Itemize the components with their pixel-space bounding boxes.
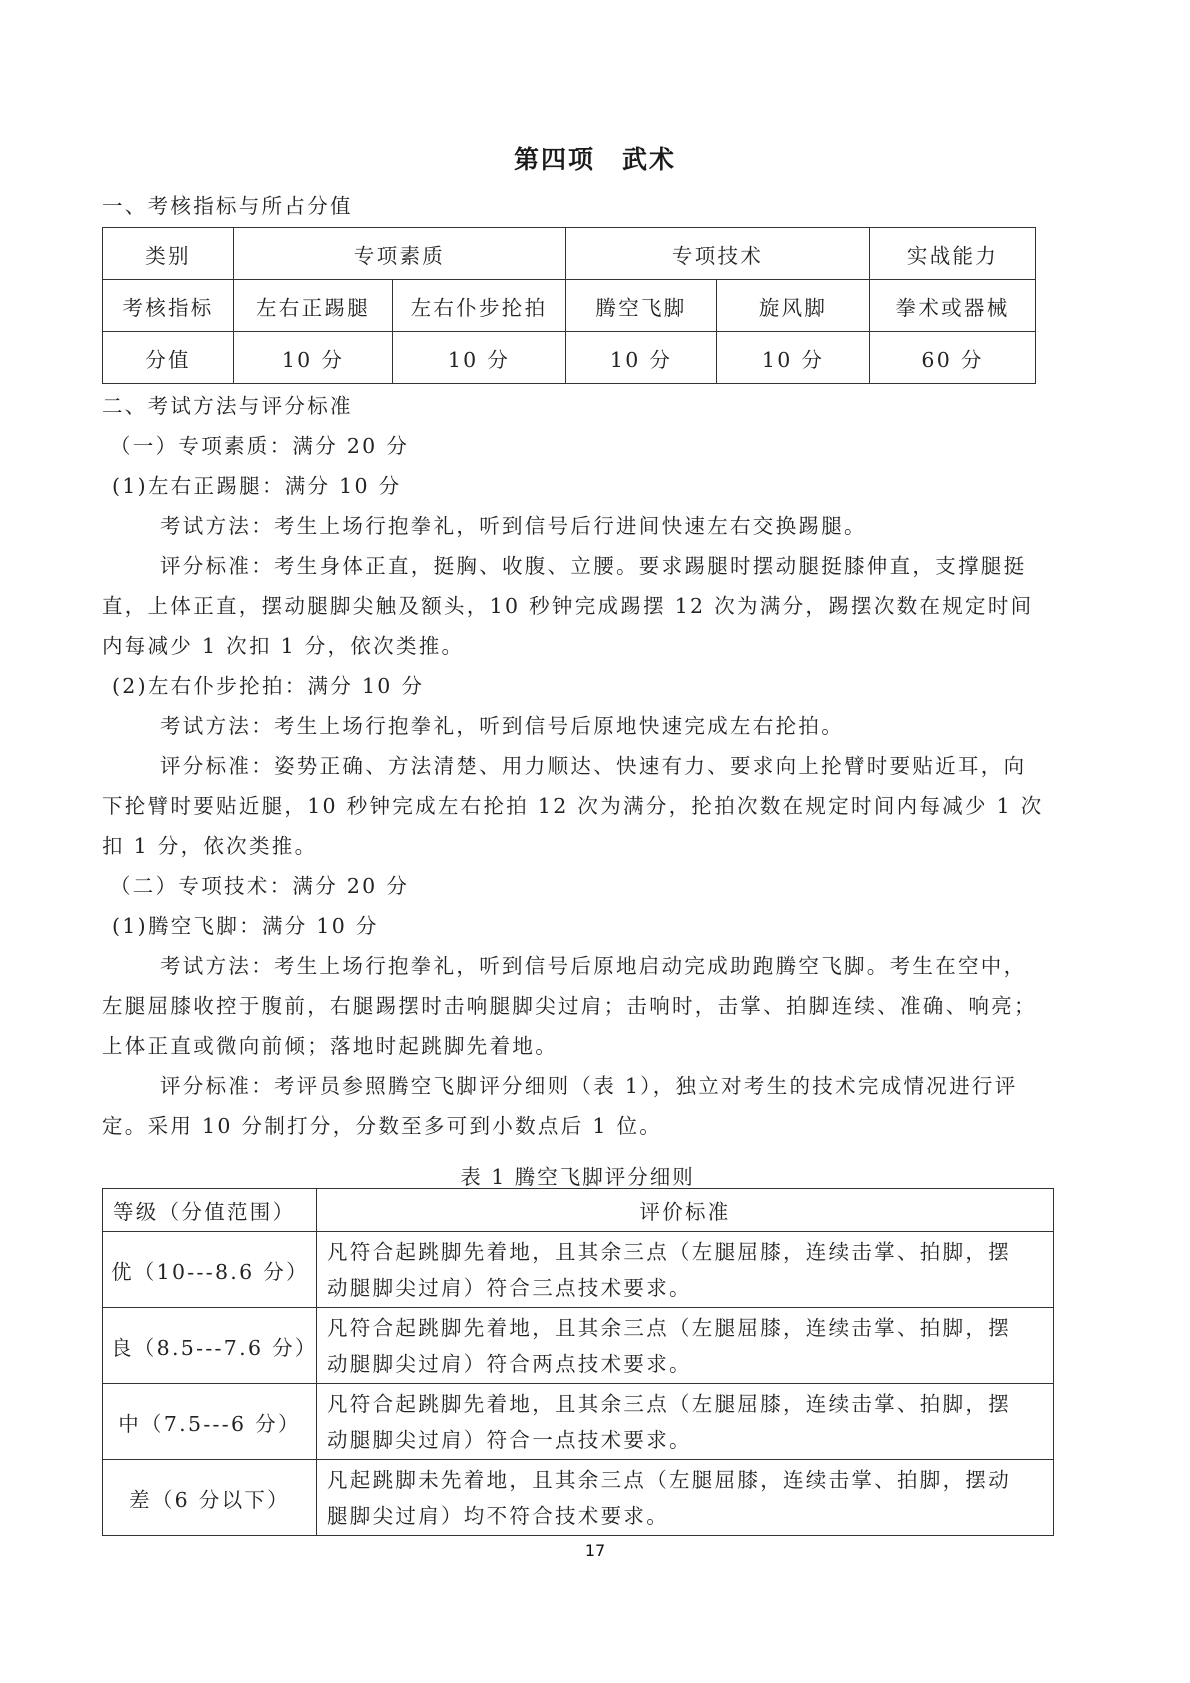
item2-heading: (2)左右仆步抡拍：满分 10 分 [112, 672, 424, 700]
table-row-category: 类别 专项素质 专项技术 实战能力 [103, 228, 1036, 280]
item2-criteria-line: 扣 1 分，依次类推。 [102, 832, 317, 860]
table-cell: 左右正踢腿 [234, 280, 393, 332]
section2-heading: 二、考试方法与评分标准 [102, 392, 353, 420]
table-header-row: 等级（分值范围） 评价标准 [103, 1189, 1054, 1232]
table1-caption: 表 1 腾空飞脚评分细则 [102, 1160, 1053, 1190]
grade-cell: 差（6 分以下） [103, 1460, 317, 1536]
criteria-line: 动腿脚尖过肩）符合两点技术要求。 [327, 1346, 1045, 1382]
item1-criteria-line: 直，上体正直，摆动腿脚尖触及额头，10 秒钟完成踢摆 12 次为满分，踢摆次数在… [102, 592, 1033, 620]
item1-criteria-line: 评分标准：考生身体正直，挺胸、收腹、立腰。要求踢腿时摆动腿挺膝伸直，支撑腿挺 [160, 552, 1026, 580]
part2-item1-method-line: 上体正直或微向前倾；落地时起跳脚先着地。 [102, 1032, 558, 1060]
part2-item1-criteria-line: 定。采用 10 分制打分，分数至多可到小数点后 1 位。 [102, 1112, 662, 1140]
table-cell: 10 分 [717, 332, 870, 384]
table-cell: 10 分 [234, 332, 393, 384]
part2-item1-heading: (1)腾空飞脚：满分 10 分 [112, 912, 379, 940]
item1-heading: (1)左右正踢腿：满分 10 分 [112, 472, 401, 500]
grade-cell: 良（8.5---7.6 分） [103, 1308, 317, 1384]
criteria-cell: 凡符合起跳脚先着地，且其余三点（左腿屈膝，连续击掌、拍脚，摆 动腿脚尖过肩）符合… [317, 1308, 1054, 1384]
item2-criteria-line: 评分标准：姿势正确、方法清楚、用力顺达、快速有力、要求向上抡臂时要贴近耳，向 [160, 752, 1026, 780]
grade-cell: 优（10---8.6 分） [103, 1232, 317, 1308]
criteria-cell: 凡起跳脚未先着地，且其余三点（左腿屈膝，连续击掌、拍脚，摆动 腿脚尖过肩）均不符… [317, 1460, 1054, 1536]
item2-criteria-line: 下抡臂时要贴近腿，10 秒钟完成左右抡拍 12 次为满分，抡拍次数在规定时间内每… [102, 792, 1044, 820]
table-header-cell: 评价标准 [317, 1189, 1054, 1232]
part2-item1-criteria-line: 评分标准：考评员参照腾空飞脚评分细则（表 1），独立对考生的技术完成情况进行评 [160, 1072, 1018, 1100]
table-cell: 分值 [103, 332, 234, 384]
criteria-line: 凡起跳脚未先着地，且其余三点（左腿屈膝，连续击掌、拍脚，摆动 [327, 1462, 1045, 1498]
table-cell: 60 分 [870, 332, 1036, 384]
flying-kick-scoring-table: 等级（分值范围） 评价标准 优（10---8.6 分） 凡符合起跳脚先着地，且其… [102, 1188, 1054, 1536]
part2-item1-method-line: 考试方法：考生上场行抱拳礼，听到信号后原地启动完成助跑腾空飞脚。考生在空中， [160, 952, 1026, 980]
table-row: 差（6 分以下） 凡起跳脚未先着地，且其余三点（左腿屈膝，连续击掌、拍脚，摆动 … [103, 1460, 1054, 1536]
criteria-line: 凡符合起跳脚先着地，且其余三点（左腿屈膝，连续击掌、拍脚，摆 [327, 1310, 1045, 1346]
table-cell: 腾空飞脚 [566, 280, 717, 332]
table-cell: 旋风脚 [717, 280, 870, 332]
table-row: 良（8.5---7.6 分） 凡符合起跳脚先着地，且其余三点（左腿屈膝，连续击掌… [103, 1308, 1054, 1384]
table-row-score: 分值 10 分 10 分 10 分 10 分 60 分 [103, 332, 1036, 384]
table-cell: 考核指标 [103, 280, 234, 332]
part2-item1-method-line: 左腿屈膝收控于腹前，右腿踢摆时击响腿脚尖过肩；击响时，击掌、拍脚连续、准确、响亮… [102, 992, 1037, 1020]
page-number: 17 [0, 1541, 1190, 1560]
item1-criteria-line: 内每减少 1 次扣 1 分，依次类推。 [102, 632, 464, 660]
table-cell: 专项技术 [566, 228, 870, 280]
section1-heading: 一、考核指标与所占分值 [102, 192, 353, 220]
table-row-indicator: 考核指标 左右正踢腿 左右仆步抡拍 腾空飞脚 旋风脚 拳术或器械 [103, 280, 1036, 332]
table-cell: 类别 [103, 228, 234, 280]
page-title: 第四项 武术 [0, 140, 1190, 176]
table-cell: 专项素质 [234, 228, 566, 280]
part1-heading: （一）专项素质：满分 20 分 [110, 432, 409, 460]
table-row: 优（10---8.6 分） 凡符合起跳脚先着地，且其余三点（左腿屈膝，连续击掌、… [103, 1232, 1054, 1308]
criteria-cell: 凡符合起跳脚先着地，且其余三点（左腿屈膝，连续击掌、拍脚，摆 动腿脚尖过肩）符合… [317, 1232, 1054, 1308]
criteria-line: 动腿脚尖过肩）符合一点技术要求。 [327, 1422, 1045, 1458]
scoring-indicator-table: 类别 专项素质 专项技术 实战能力 考核指标 左右正踢腿 左右仆步抡拍 腾空飞脚… [102, 227, 1036, 384]
criteria-line: 凡符合起跳脚先着地，且其余三点（左腿屈膝，连续击掌、拍脚，摆 [327, 1386, 1045, 1422]
table-cell: 10 分 [393, 332, 566, 384]
table-cell: 左右仆步抡拍 [393, 280, 566, 332]
part2-heading: （二）专项技术：满分 20 分 [110, 872, 409, 900]
table-cell: 10 分 [566, 332, 717, 384]
grade-cell: 中（7.5---6 分） [103, 1384, 317, 1460]
table-cell: 拳术或器械 [870, 280, 1036, 332]
table-header-cell: 等级（分值范围） [103, 1189, 317, 1232]
criteria-cell: 凡符合起跳脚先着地，且其余三点（左腿屈膝，连续击掌、拍脚，摆 动腿脚尖过肩）符合… [317, 1384, 1054, 1460]
table-row: 中（7.5---6 分） 凡符合起跳脚先着地，且其余三点（左腿屈膝，连续击掌、拍… [103, 1384, 1054, 1460]
item1-method: 考试方法：考生上场行抱拳礼，听到信号后行进间快速左右交换踢腿。 [160, 512, 867, 540]
table-cell: 实战能力 [870, 228, 1036, 280]
criteria-line: 动腿脚尖过肩）符合三点技术要求。 [327, 1270, 1045, 1306]
item2-method: 考试方法：考生上场行抱拳礼，听到信号后原地快速完成左右抡拍。 [160, 712, 844, 740]
criteria-line: 凡符合起跳脚先着地，且其余三点（左腿屈膝，连续击掌、拍脚，摆 [327, 1234, 1045, 1270]
criteria-line: 腿脚尖过肩）均不符合技术要求。 [327, 1498, 1045, 1534]
